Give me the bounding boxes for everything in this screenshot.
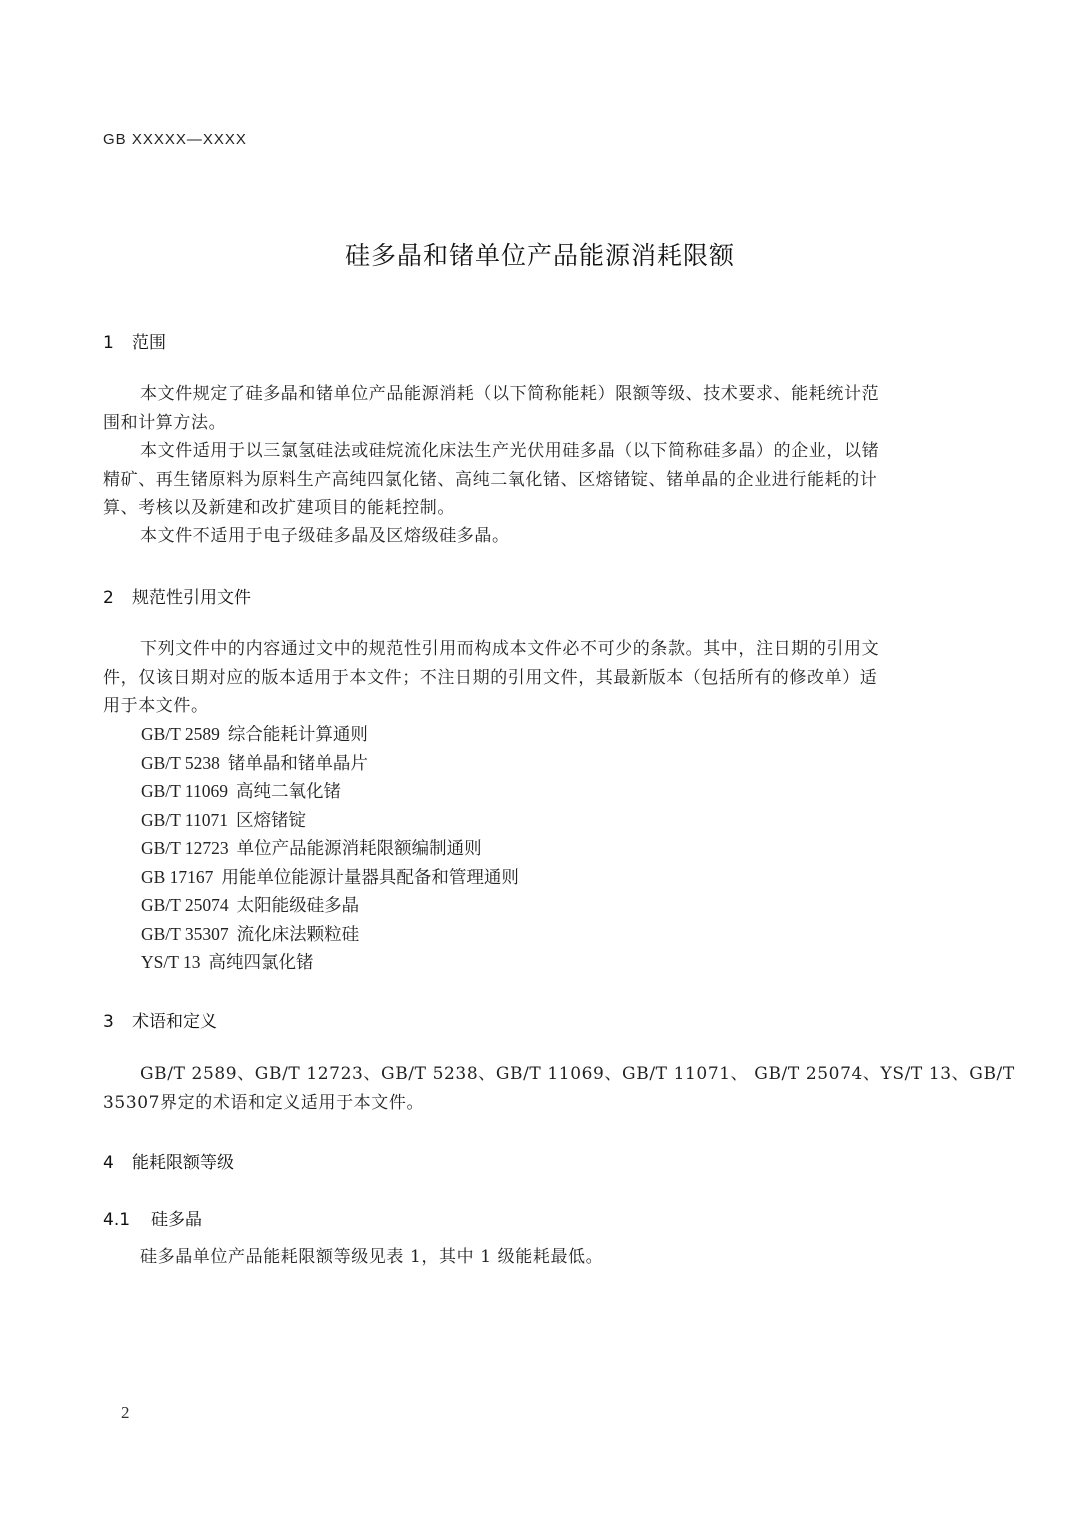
reference-code: GB 17167	[141, 867, 213, 887]
reference-title: 高纯四氯化锗	[208, 952, 313, 972]
text-line: 围和计算方法。	[103, 409, 953, 438]
reference-item: GB/T 5238锗单晶和锗单晶片	[141, 749, 519, 778]
text-line: 件，仅该日期对应的版本适用于本文件；不注日期的引用文件，其最新版本（包括所有的修…	[103, 664, 953, 693]
section-1-paragraph-1: 本文件规定了硅多晶和锗单位产品能源消耗（以下简称能耗）限额等级、技术要求、能耗统…	[103, 380, 953, 437]
reference-code: GB/T 25074	[141, 895, 229, 915]
reference-item: GB 17167用能单位能源计量器具配备和管理通则	[141, 863, 519, 892]
section-4-1-paragraph: 硅多晶单位产品能耗限额等级见表 1，其中 1 级能耗最低。	[103, 1243, 953, 1272]
text-line: 本文件适用于以三氯氢硅法或硅烷流化床法生产光伏用硅多晶（以下简称硅多晶）的企业，…	[103, 437, 953, 466]
reference-list: GB/T 2589综合能耗计算通则 GB/T 5238锗单晶和锗单晶片 GB/T…	[141, 720, 519, 977]
reference-code: YS/T 13	[141, 952, 200, 972]
text-line: 35307界定的术语和定义适用于本文件。	[103, 1089, 953, 1118]
reference-title: 锗单晶和锗单晶片	[228, 753, 368, 773]
text-line: GB/T 2589、GB/T 12723、GB/T 5238、GB/T 1106…	[103, 1060, 953, 1089]
text-line: 本文件不适用于电子级硅多晶及区熔级硅多晶。	[103, 522, 953, 551]
reference-item: YS/T 13高纯四氯化锗	[141, 948, 519, 977]
reference-title: 用能单位能源计量器具配备和管理通则	[221, 867, 519, 887]
reference-title: 流化床法颗粒硅	[237, 924, 360, 944]
reference-item: GB/T 11069高纯二氧化锗	[141, 777, 519, 806]
section-1-paragraph-2: 本文件适用于以三氯氢硅法或硅烷流化床法生产光伏用硅多晶（以下简称硅多晶）的企业，…	[103, 437, 953, 523]
reference-title: 高纯二氧化锗	[236, 781, 341, 801]
reference-item: GB/T 12723单位产品能源消耗限额编制通则	[141, 834, 519, 863]
reference-title: 区熔锗锭	[236, 810, 306, 830]
section-number: 2	[103, 588, 132, 608]
reference-code: GB/T 5238	[141, 753, 220, 773]
text-line: 本文件规定了硅多晶和锗单位产品能源消耗（以下简称能耗）限额等级、技术要求、能耗统…	[103, 380, 953, 409]
reference-title: 单位产品能源消耗限额编制通则	[237, 838, 482, 858]
section-title: 规范性引用文件	[132, 588, 251, 608]
section-3-heading: 3术语和定义	[103, 1007, 217, 1032]
section-2-intro: 下列文件中的内容通过文中的规范性引用而构成本文件必不可少的条款。其中，注日期的引…	[103, 635, 953, 721]
section-1-paragraph-3: 本文件不适用于电子级硅多晶及区熔级硅多晶。	[103, 522, 953, 551]
reference-item: GB/T 25074太阳能级硅多晶	[141, 891, 519, 920]
reference-item: GB/T 35307流化床法颗粒硅	[141, 920, 519, 949]
reference-code: GB/T 12723	[141, 838, 229, 858]
page-number: 2	[121, 1403, 130, 1423]
section-number: 4.1	[103, 1210, 151, 1230]
reference-code: GB/T 11069	[141, 781, 228, 801]
text-line: 算、考核以及新建和改扩建项目的能耗控制。	[103, 494, 953, 523]
text-line: 下列文件中的内容通过文中的规范性引用而构成本文件必不可少的条款。其中，注日期的引…	[103, 635, 953, 664]
section-3-paragraph: GB/T 2589、GB/T 12723、GB/T 5238、GB/T 1106…	[103, 1060, 953, 1117]
section-4-1-heading: 4.1硅多晶	[103, 1205, 202, 1230]
section-title: 术语和定义	[132, 1012, 217, 1032]
section-1-heading: 1范围	[103, 328, 166, 353]
text-line: 硅多晶单位产品能耗限额等级见表 1，其中 1 级能耗最低。	[103, 1243, 953, 1272]
section-title: 硅多晶	[151, 1210, 202, 1230]
reference-code: GB/T 35307	[141, 924, 229, 944]
section-2-heading: 2规范性引用文件	[103, 583, 251, 608]
text-line: 精矿、再生锗原料为原料生产高纯四氯化锗、高纯二氧化锗、区熔锗锭、锗单晶的企业进行…	[103, 466, 953, 495]
reference-title: 综合能耗计算通则	[228, 724, 368, 744]
standard-code: GB XXXXX—XXXX	[103, 131, 247, 148]
reference-item: GB/T 11071区熔锗锭	[141, 806, 519, 835]
reference-code: GB/T 2589	[141, 724, 220, 744]
section-4-heading: 4能耗限额等级	[103, 1148, 234, 1173]
section-number: 1	[103, 333, 132, 353]
section-title: 能耗限额等级	[132, 1153, 234, 1173]
reference-item: GB/T 2589综合能耗计算通则	[141, 720, 519, 749]
text-line: 用于本文件。	[103, 692, 953, 721]
section-title: 范围	[132, 333, 166, 353]
reference-title: 太阳能级硅多晶	[237, 895, 360, 915]
document-title: 硅多晶和锗单位产品能源消耗限额	[0, 236, 1080, 272]
section-number: 4	[103, 1153, 132, 1173]
section-number: 3	[103, 1012, 132, 1032]
reference-code: GB/T 11071	[141, 810, 228, 830]
